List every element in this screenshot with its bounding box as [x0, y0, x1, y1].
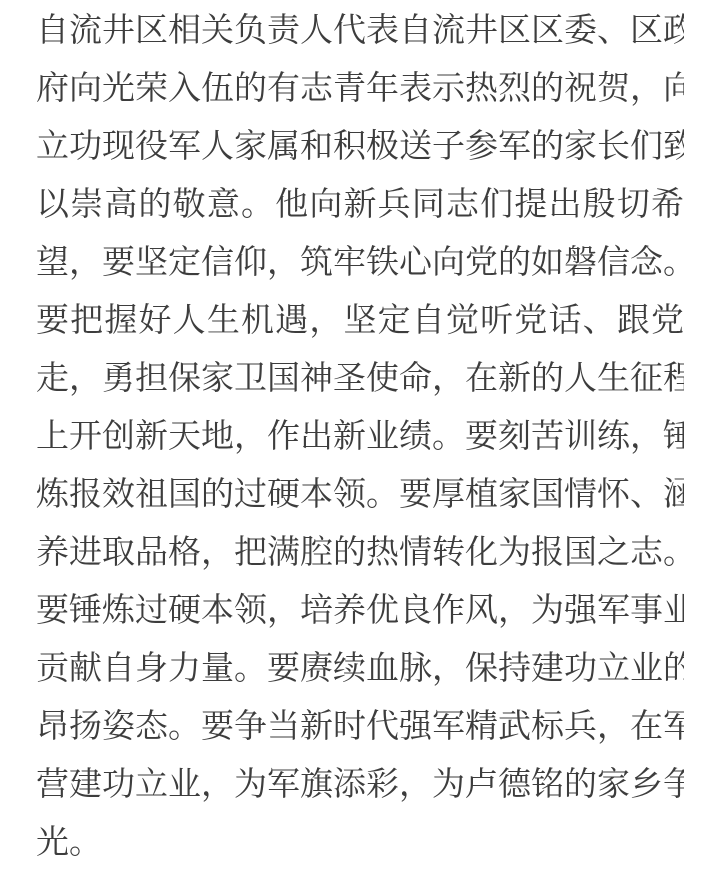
article-line: 贡献自身力量。要赓续血脉，保持建功立业的 [36, 639, 684, 697]
page: { "page": { "background_color": "#ffffff… [0, 0, 720, 871]
article-line: 自流井区相关负责人代表自流井区区委、区政 [36, 1, 684, 59]
article-line: 要锤炼过硬本领，培养优良作风，为强军事业 [36, 581, 684, 639]
article-line: 望，要坚定信仰，筑牢铁心向党的如磐信念。 [36, 233, 684, 291]
article-line: 炼报效祖国的过硬本领。要厚植家国情怀、涵 [36, 465, 684, 523]
article-line: 立功现役军人家属和积极送子参军的家长们致 [36, 117, 684, 175]
article-line: 昂扬姿态。要争当新时代强军精武标兵，在军 [36, 697, 684, 755]
article-line: 光。 [36, 813, 684, 871]
article-body: 自流井区相关负责人代表自流井区区委、区政 府向光荣入伍的有志青年表示热烈的祝贺，… [0, 0, 720, 871]
article-line: 要把握好人生机遇，坚定自觉听党话、跟党 [36, 291, 684, 349]
article-line: 走，勇担保家卫国神圣使命，在新的人生征程 [36, 349, 684, 407]
article-line: 养进取品格，把满腔的热情转化为报国之志。 [36, 523, 684, 581]
article-line: 上开创新天地，作出新业绩。要刻苦训练，锤 [36, 407, 684, 465]
article-line: 以崇高的敬意。他向新兵同志们提出殷切希 [36, 175, 684, 233]
article-line: 府向光荣入伍的有志青年表示热烈的祝贺，向 [36, 59, 684, 117]
article-line: 营建功立业，为军旗添彩，为卢德铭的家乡争 [36, 755, 684, 813]
